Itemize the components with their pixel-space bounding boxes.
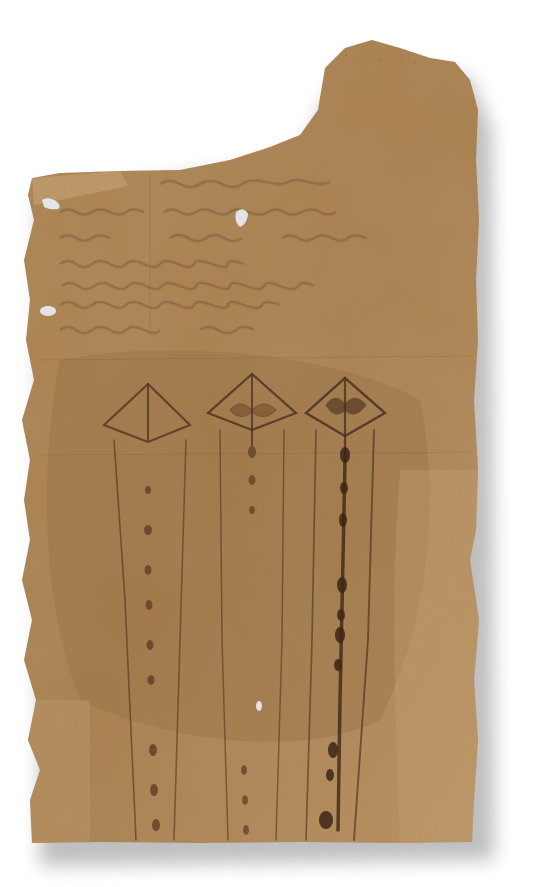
parchment <box>0 0 537 887</box>
manuscript-fragment <box>0 0 537 887</box>
manuscript-photo <box>0 0 537 887</box>
